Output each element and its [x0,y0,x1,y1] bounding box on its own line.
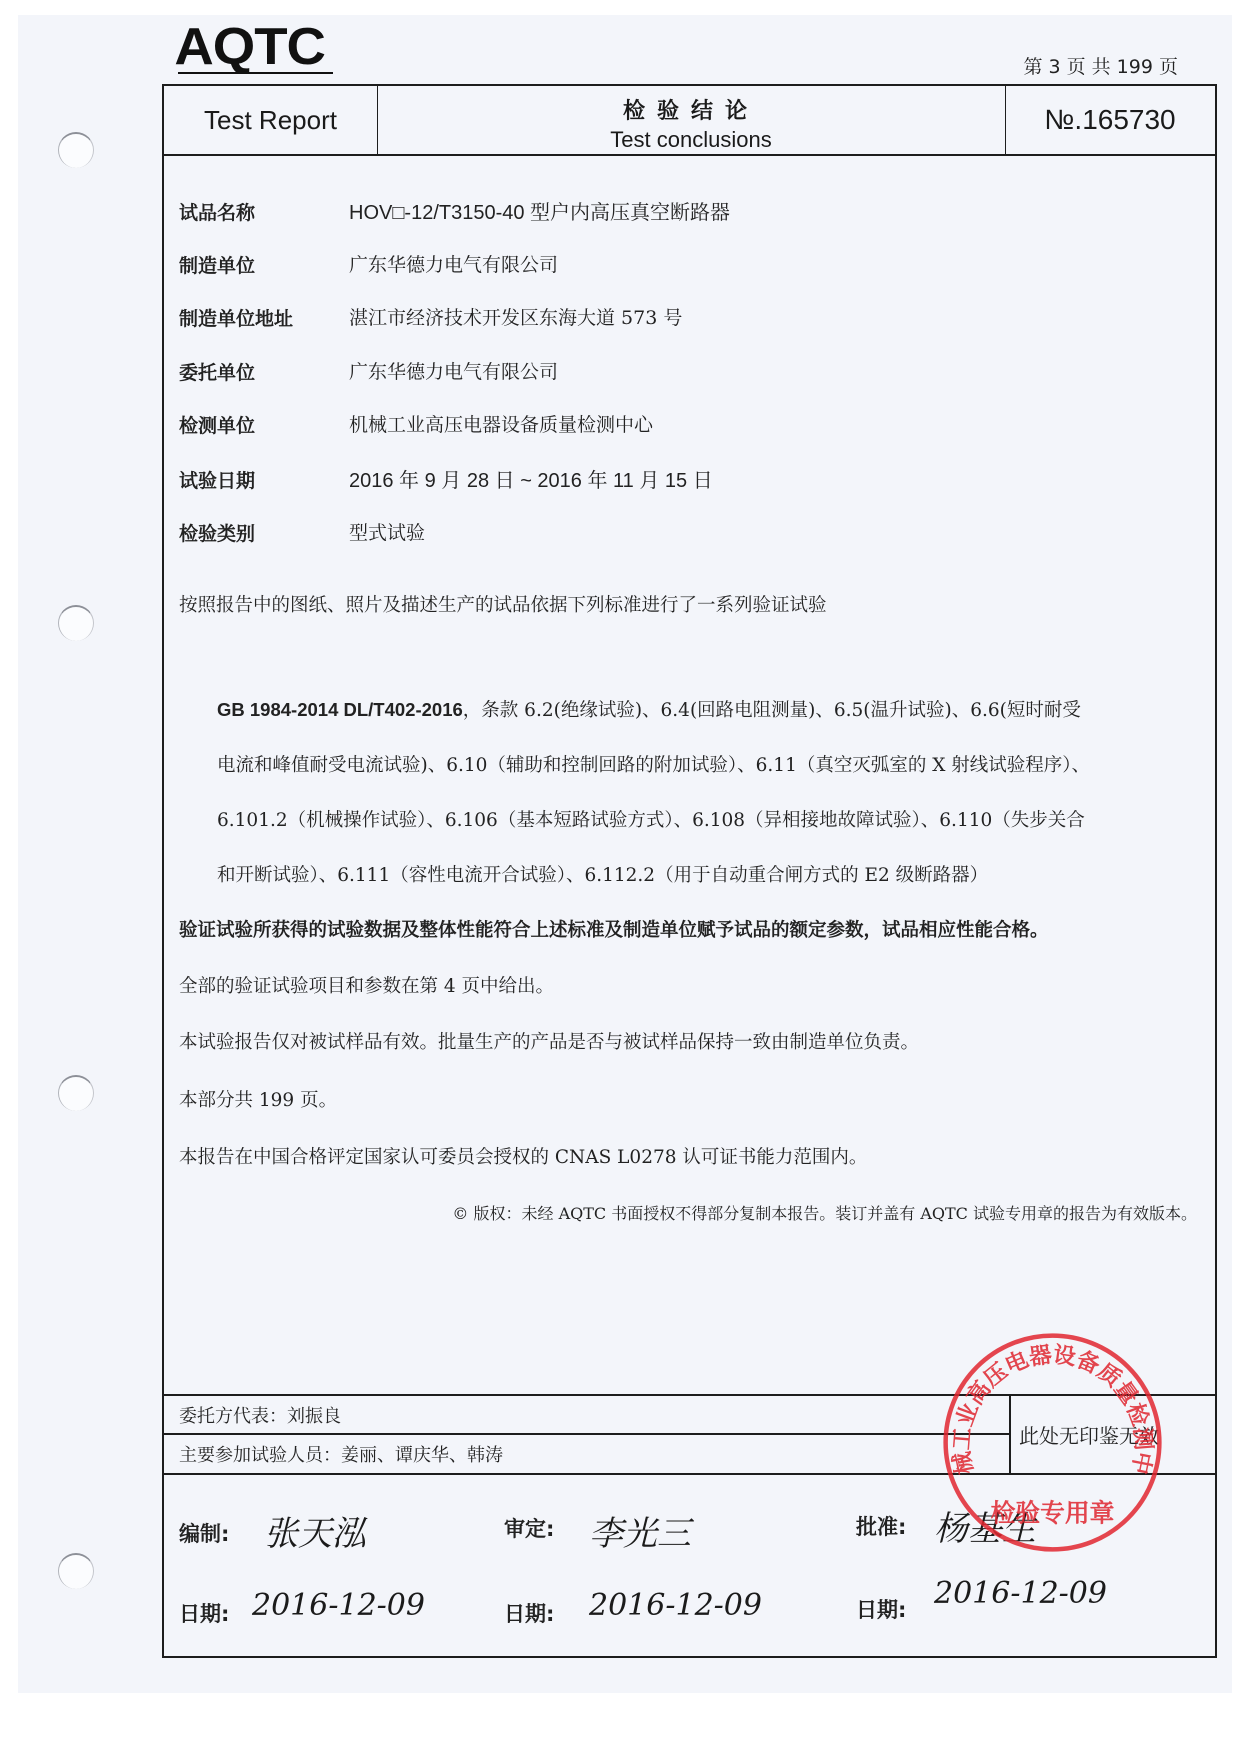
field-label-manufacturer-address: 制造单位地址 [179,304,293,331]
divider [164,1433,1009,1435]
standards-line-2: 电流和峰值耐受电流试验)、6.10（辅助和控制回路的附加试验）、6.11（真空灭… [217,751,1090,777]
standards-line-4: 和开断试验）、6.111（容性电流开合试验）、6.112.2（用于自动重合闸方式… [217,861,988,887]
reviewed-by-label: 审定: [504,1513,554,1543]
copyright-note: © 版权：未经 AQTC 书面授权不得部分复制本报告。装订并盖有 AQTC 试验… [452,1201,1197,1224]
field-value-test-type: 型式试验 [349,518,425,545]
compiled-by-signature: 张天泓 [264,1506,366,1555]
items-note: 全部的验证试验项目和参数在第 4 页中给出。 [179,972,554,998]
validity-note: 本试验报告仅对被试样品有效。批量生产的产品是否与被试样品保持一致由制造单位负责。 [179,1028,919,1054]
conclusion-text: 验证试验所获得的试验数据及整体性能符合上述标准及制造单位赋予试品的额定参数，试品… [179,916,1049,942]
client-representative: 委托方代表：刘振良 [179,1402,341,1428]
approved-by-signature: 杨基生 [934,1501,1036,1550]
standards-line-1-text: ，条款 6.2(绝缘试验)、6.4(回路电阻测量)、6.5(温升试验)、6.6(… [463,700,1081,721]
test-participants: 主要参加试验人员：姜丽、谭庆华、韩涛 [179,1441,503,1467]
reviewed-by-signature: 李光三 [589,1506,691,1555]
field-label-test-date: 试验日期 [179,466,255,493]
approved-by-label: 批准: [856,1511,906,1541]
intro-text: 按照报告中的图纸、照片及描述生产的试品依据下列标准进行了一系列验证试验 [179,591,827,617]
approved-date-label: 日期: [856,1594,906,1624]
conclusions-title: 检验结论 Test conclusions [377,86,1006,154]
accreditation-note: 本报告在中国合格评定国家认可委员会授权的 CNAS L0278 认可证书能力范围… [179,1143,867,1169]
logo-underline [178,72,333,74]
standards-line-3: 6.101.2（机械操作试验）、6.106（基本短路试验方式）、6.108（异相… [217,806,1085,832]
divider [1009,1394,1011,1474]
punch-hole [58,605,94,641]
reviewed-date: 2016-12-09 [589,1588,762,1623]
standards-bold: GB 1984-2014 DL/T402-2016 [217,699,463,720]
aqtc-logo: AQTC [174,22,324,72]
field-label-client: 委托单位 [179,358,255,385]
field-label-sample-name: 试品名称 [179,198,255,225]
compiled-date: 2016-12-09 [252,1588,425,1623]
punch-hole [58,1075,94,1111]
field-label-testing-unit: 检测单位 [179,411,255,438]
reviewed-date-label: 日期: [504,1598,554,1628]
no-seal-notice: 此处无印鉴无效 [1019,1420,1159,1449]
conclusions-title-zh: 检验结论 [377,94,1005,125]
page-indicator: 第 3 页 共 199 页 [1023,52,1178,79]
standards-line-1: GB 1984-2014 DL/T402-2016，条款 6.2(绝缘试验)、6… [217,696,1081,722]
report-frame: Test Report 检验结论 Test conclusions №.1657… [162,84,1217,1658]
report-header: Test Report 检验结论 Test conclusions №.1657… [164,86,1215,156]
field-label-manufacturer: 制造单位 [179,251,255,278]
divider [164,1394,1215,1396]
field-value-sample-name: HOV□-12/T3150-40 型户内高压真空断路器 [349,196,730,225]
field-value-manufacturer: 广东华德力电气有限公司 [349,250,558,277]
compiled-by-label: 编制: [179,1518,229,1548]
approved-date: 2016-12-09 [934,1576,1107,1611]
compiled-date-label: 日期: [179,1598,229,1628]
page-count-note: 本部分共 199 页。 [179,1086,337,1112]
field-value-test-date: 2016 年 9 月 28 日 ~ 2016 年 11 月 15 日 [349,464,713,493]
field-value-testing-unit: 机械工业高压电器设备质量检测中心 [349,410,653,437]
punch-hole [58,132,94,168]
test-report-title: Test Report [164,86,378,154]
field-value-client: 广东华德力电气有限公司 [349,357,558,384]
divider [164,1473,1215,1475]
field-label-test-type: 检验类别 [179,519,255,546]
report-number: №.165730 [1005,86,1215,154]
conclusions-title-en: Test conclusions [377,127,1005,153]
field-value-manufacturer-address: 湛江市经济技术开发区东海大道 573 号 [349,303,682,330]
punch-hole [58,1553,94,1589]
